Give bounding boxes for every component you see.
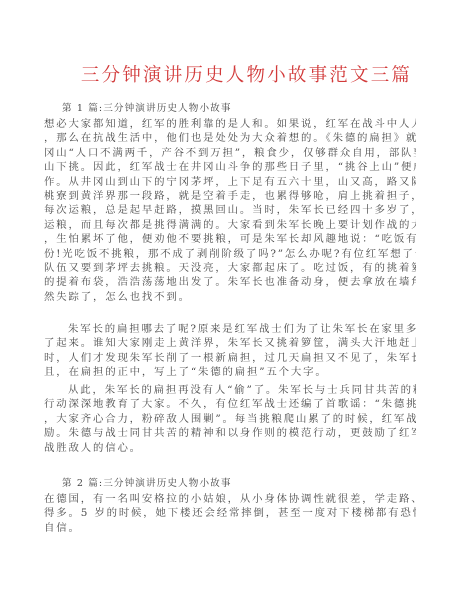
section-2-heading: 第 2 篇:三分钟演讲历史人物小故事 (62, 477, 422, 491)
text-line: 励。朱德与战士同甘共苦的精神和以身作则的模范行动，更鼓励了红军战士克服困难的勇气… (44, 426, 416, 440)
section-1-heading: 第 1 篇:三分钟演讲历史人物小故事 (62, 102, 422, 116)
text-line: 每次运粮，总是起早赶路，摸黑回山。当时，朱军长已经四十多岁了，但他总是跟大家一同… (44, 203, 416, 217)
text-line: ，生怕累坏了他，便劝他不要挑粮，可是朱军长却风趣地说：“吃饭有我的份，挑粮也有我… (44, 232, 416, 246)
text-line: 队伍又要到茅坪去挑粮。天没亮，大家都起床了。吃过饭，有的挑着箩筐，有的背着麻包，… (44, 261, 416, 275)
text-line: 时，人们才发现朱军长削了一根新扁担，过几天扁担又不见了，朱军长又削了一根新扁担，… (44, 351, 416, 365)
text-line: 行动深深地教育了大家。不久，有位红军战士还编了首歌谣：“朱德挑粮上坳，粮食绝对可… (44, 397, 416, 411)
text-line: 战胜敌人的信心。 (44, 441, 416, 455)
text-line: 想必大家都知道，红军的胜利靠的是人和。如果说，红军在战斗中人人都想着为出一份力的… (44, 117, 416, 131)
text-line: 朱军长的扁担哪去了呢?原来是红军战士们为了让朱军长在家里多休息一会，故意把扁担藏 (44, 322, 416, 336)
text-line: 从此，朱军长的扁担再没有人“偷”了。朱军长与士兵同甘共苦的精神和以身作则的模范 (44, 383, 416, 397)
text-line: ，那么在抗战生活中，他们也是处处为大众着想的。《朱德的扁担》就是一个很好的例子。… (44, 131, 416, 145)
text-line: 作。从井冈山到山下的宁冈茅坪，上下足有五六十里，山又高，路又陡，实在难走。尤其是… (44, 175, 416, 189)
text-line: 山下挑。因此，红军战士在井冈山斗争的那些日子里，“挑谷上山”便成了部队的一项经常… (44, 160, 416, 174)
text-line: 运粮，而且每次都是挑得满满的。大家看到朱军长晚上要计划作战的大事，白天还要参加劳… (44, 218, 416, 232)
text-line: 的提着布袋，浩浩荡荡地出发了。朱军长也准备动身，便去拿放在墙角里的扁担，奇怪?扁… (44, 275, 416, 289)
text-line: 桃寮到黄洋界那一段路，就是空着手走，也累得够呛，肩上挑着担子，那就更吃力了。因此… (44, 189, 416, 203)
text-line: 份!光吃饭不挑粮，那不成了剥削阶级了吗?”怎么办呢?有位红军想了一条“妙计”，有… (44, 247, 416, 261)
text-line: 在德国，有一名叫安格拉的小姑娘，从小身体协调性就很差，学走路、跑步都比同龄的孩子… (44, 492, 416, 506)
section-1-paragraph-2: 朱军长的扁担哪去了呢?原来是红军战士们为了让朱军长在家里多休息一会，故意把扁担藏… (44, 322, 416, 380)
text-line: ，大家齐心合力，粉碎敌人围剿”。每当挑粮爬山累了的时候，红军战士就用这首歌谣互相… (44, 412, 416, 426)
text-line: 且，在扁担的正中，写上了“朱德的扁担”五个大字。 (44, 365, 416, 379)
text-line: 了起来。谁知大家刚走上黄洋界，朱军长又挑着箩筐，满头大汗地赶上来了。等他坐下来休… (44, 336, 416, 350)
text-line: 得多。5 岁的时候，她下楼还会经常摔倒，甚至一度对下楼梯都有恐惧心理，根本没有生… (44, 506, 416, 520)
section-2-paragraph-1: 在德国，有一名叫安格拉的小姑娘，从小身体协调性就很差，学走路、跑步都比同龄的孩子… (44, 492, 416, 535)
text-line: 冈山“人口不满两千，产谷不到万担”，粮食少，仅够群众自用，部队要吃粮、储粮，都得… (44, 146, 416, 160)
text-line: 自信。 (44, 521, 416, 535)
document-page: 三分钟演讲历史人物小故事范文三篇 第 1 篇:三分钟演讲历史人物小故事 想必大家… (0, 0, 463, 600)
document-title: 三分钟演讲历史人物小故事范文三篇 (0, 64, 463, 88)
section-1-paragraph-1: 想必大家都知道，红军的胜利靠的是人和。如果说，红军在战斗中人人都想着为出一份力的… (44, 117, 416, 304)
section-1-paragraph-3: 从此，朱军长的扁担再没有人“偷”了。朱军长与士兵同甘共苦的精神和以身作则的模范 … (44, 383, 416, 455)
text-line: 然失踪了，怎么也找不到。 (44, 290, 416, 304)
